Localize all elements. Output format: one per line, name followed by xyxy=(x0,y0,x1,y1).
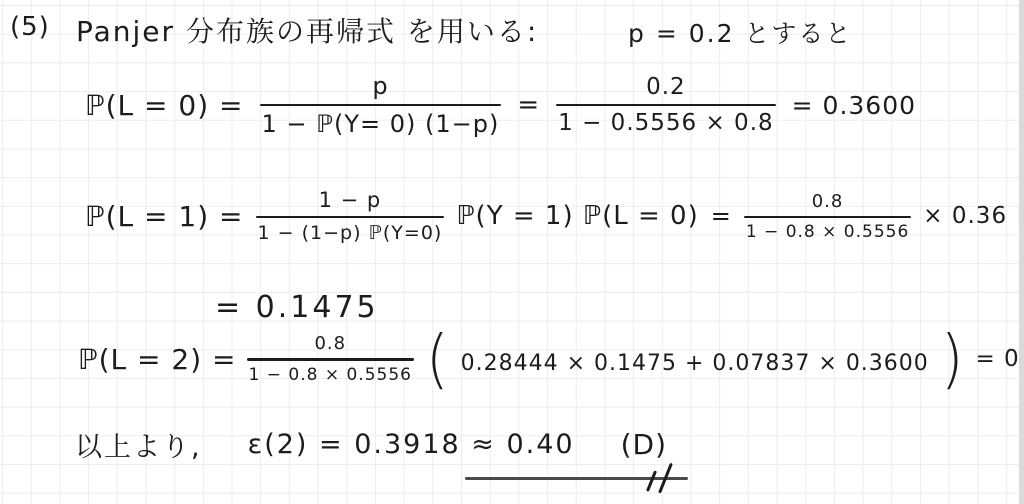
p-l1-tail-product: × 0.36 × 0.28444 xyxy=(923,203,1024,229)
page-right-edge xyxy=(1019,0,1024,504)
answer-underline xyxy=(465,477,688,480)
fraction-bar xyxy=(256,216,445,218)
equation-p-l0: ℙ(L = 0) = p 1 − ℙ(Y= 0) (1−p) = 0.2 1 −… xyxy=(85,72,916,138)
p-l1-sym-denominator: 1 − (1−p) ℙ(Y=0) xyxy=(256,222,445,244)
p-l2-num-numerator: 0.8 xyxy=(306,333,354,354)
p-l1-lhs: ℙ(L = 1) = xyxy=(85,200,244,233)
problem-item-label: (5) xyxy=(10,12,50,42)
equals-sign: = xyxy=(517,90,540,120)
fraction-bar xyxy=(247,358,414,360)
conclusion-label: 以上より, xyxy=(75,425,202,464)
fraction-bar xyxy=(744,216,911,218)
equation-p-l2: ℙ(L = 2) = 0.8 1 − 0.8 × 0.5556 ( 0.2844… xyxy=(78,330,1024,388)
assumption-text: p = 0.2 とすると xyxy=(628,14,852,50)
equation-p-l1: ℙ(L = 1) = 1 − p 1 − (1−p) ℙ(Y=0) ℙ(Y = … xyxy=(85,188,1024,244)
grid-notebook-page: (5) Panjer 分布族の再帰式 を用いる: p = 0.2 とすると ℙ(… xyxy=(0,0,1024,504)
p-l0-sym-numerator: p xyxy=(364,72,396,100)
p-l2-inner-sum: 0.28444 × 0.1475 + 0.07837 × 0.3600 xyxy=(461,351,929,376)
end-tick-mark xyxy=(646,470,657,491)
fraction-bar xyxy=(556,104,775,106)
p-l1-numeric-fraction: 0.8 1 − 0.8 × 0.5556 xyxy=(744,191,911,242)
heading-text: Panjer 分布族の再帰式 を用いる: xyxy=(76,10,538,50)
conclusion-expression: ε(2) = 0.3918 ≈ 0.40 xyxy=(248,429,575,460)
p-l1-result: = 0.1475 xyxy=(215,290,379,325)
p-l2-lhs: ℙ(L = 2) = xyxy=(78,343,237,376)
p-l0-result: = 0.3600 xyxy=(792,91,916,120)
p-l1-middle-term: ℙ(Y = 1) ℙ(L = 0) xyxy=(456,201,698,231)
p-l0-sym-denominator: 1 − ℙ(Y= 0) (1−p) xyxy=(260,110,502,138)
p-l2-result: = 0.1012 xyxy=(975,346,1024,372)
p-l0-num-denominator: 1 − 0.5556 × 0.8 xyxy=(556,110,775,136)
p-l2-numeric-fraction: 0.8 1 − 0.8 × 0.5556 xyxy=(247,333,414,384)
p-l1-num-numerator: 0.8 xyxy=(804,191,852,212)
p-l1-sym-numerator: 1 − p xyxy=(311,188,390,212)
fraction-bar xyxy=(260,104,502,106)
p-l1-symbolic-fraction: 1 − p 1 − (1−p) ℙ(Y=0) xyxy=(256,188,445,244)
p-l1-num-denominator: 1 − 0.8 × 0.5556 xyxy=(744,222,911,242)
p-l0-numeric-fraction: 0.2 1 − 0.5556 × 0.8 xyxy=(556,74,775,136)
equals-sign: = xyxy=(711,202,732,230)
answer-choice: (D) xyxy=(621,428,667,461)
close-parenthesis: ) xyxy=(939,327,966,391)
p-l0-num-numerator: 0.2 xyxy=(638,74,694,100)
p-l0-symbolic-fraction: p 1 − ℙ(Y= 0) (1−p) xyxy=(260,72,502,138)
conclusion-row: 以上より, ε(2) = 0.3918 ≈ 0.40 (D) xyxy=(75,425,667,464)
p-l2-num-denominator: 1 − 0.8 × 0.5556 xyxy=(247,365,414,385)
open-parenthesis: ( xyxy=(424,327,451,391)
p-l0-lhs: ℙ(L = 0) = xyxy=(85,89,244,122)
